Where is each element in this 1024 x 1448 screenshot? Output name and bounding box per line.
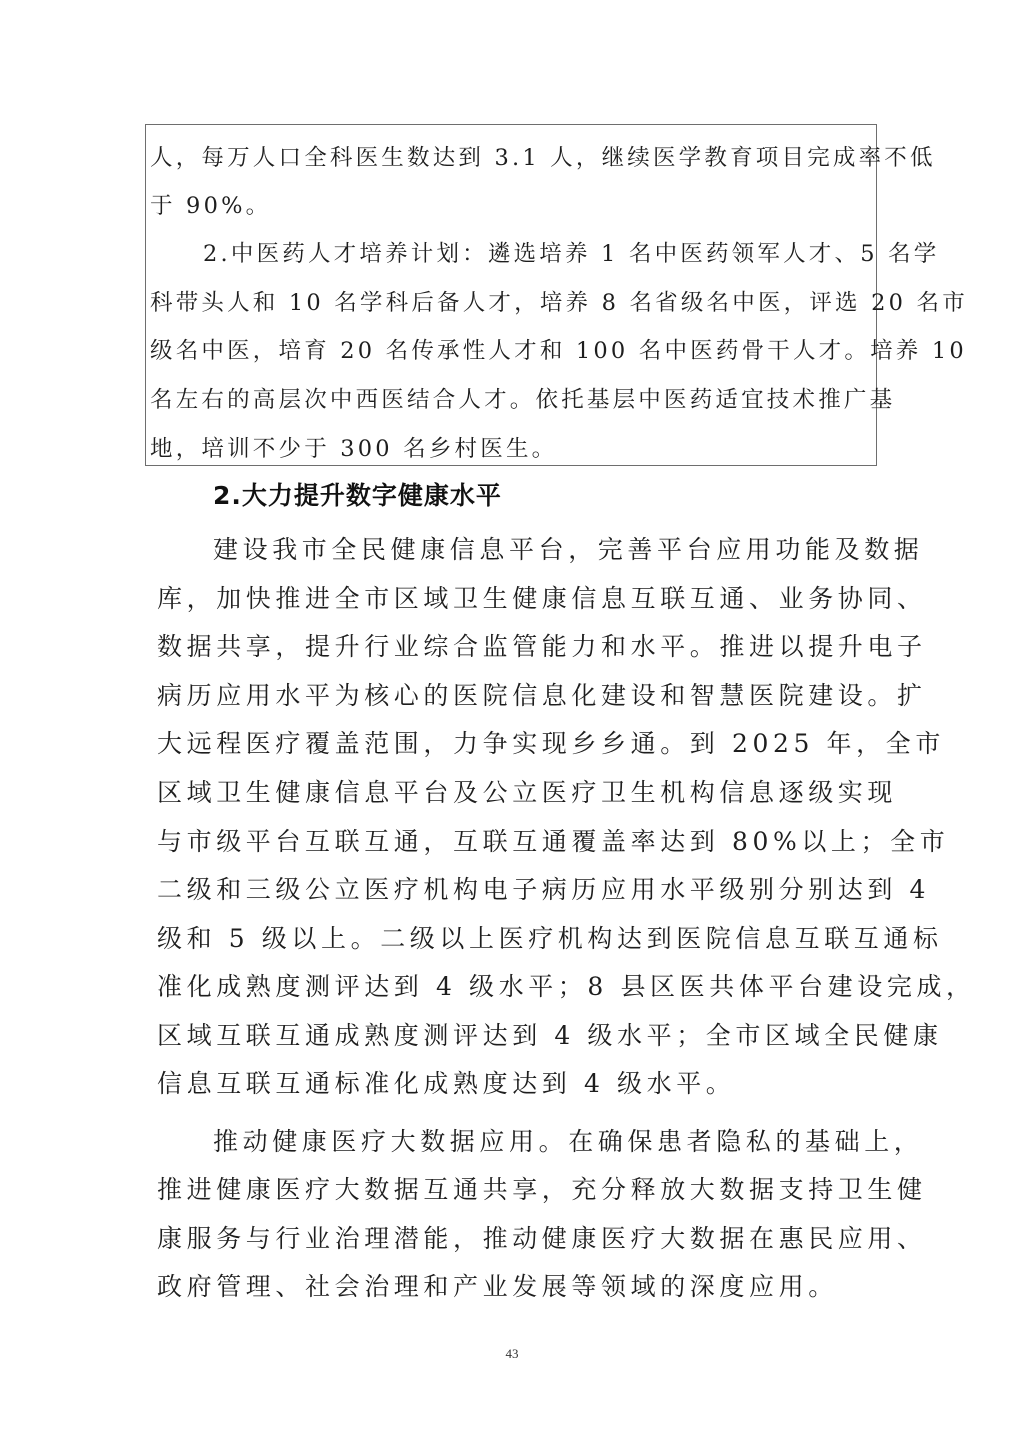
page-number: 43 bbox=[0, 1346, 1024, 1362]
box-text-line: 地，培训不少于 300 名乡村医生。 bbox=[150, 434, 875, 464]
paragraph-line: 推动健康医疗大数据应用。在确保患者隐私的基础上， bbox=[213, 1126, 869, 1158]
paragraph-line: 与市级平台互联互通，互联互通覆盖率达到 80%以上；全市 bbox=[157, 826, 869, 858]
paragraph-line: 准化成熟度测评达到 4 级水平；8 县区医共体平台建设完成， bbox=[157, 971, 869, 1003]
paragraph-line: 病历应用水平为核心的医院信息化建设和智慧医院建设。扩 bbox=[157, 680, 869, 712]
document-page: 人，每万人口全科医生数达到 3.1 人，继续医学教育项目完成率不低 于 90%。… bbox=[0, 0, 1024, 1448]
paragraph-line: 二级和三级公立医疗机构电子病历应用水平级别分别达到 4 bbox=[157, 874, 869, 906]
paragraph-line: 信息互联互通标准化成熟度达到 4 级水平。 bbox=[157, 1068, 869, 1100]
paragraph-line: 大远程医疗覆盖范围，力争实现乡乡通。到 2025 年，全市 bbox=[157, 728, 869, 760]
paragraph-line: 推进健康医疗大数据互通共享，充分释放大数据支持卫生健 bbox=[157, 1174, 869, 1206]
paragraph-line: 数据共享，提升行业综合监管能力和水平。推进以提升电子 bbox=[157, 631, 869, 663]
box-text-line: 人，每万人口全科医生数达到 3.1 人，继续医学教育项目完成率不低 bbox=[150, 143, 875, 173]
paragraph-line: 政府管理、社会治理和产业发展等领域的深度应用。 bbox=[157, 1271, 869, 1303]
paragraph-line: 区域卫生健康信息平台及公立医疗卫生机构信息逐级实现 bbox=[157, 777, 869, 809]
paragraph-line: 区域互联互通成熟度测评达到 4 级水平；全市区域全民健康 bbox=[157, 1020, 869, 1052]
box-text-line: 级名中医，培育 20 名传承性人才和 100 名中医药骨干人才。培养 10 bbox=[150, 336, 875, 366]
box-text-line: 2.中医药人才培养计划：遴选培养 1 名中医药领军人才、5 名学 bbox=[203, 239, 875, 269]
box-text-line: 名左右的高层次中西医结合人才。依托基层中医药适宜技术推广基 bbox=[150, 385, 875, 415]
paragraph-line: 库，加快推进全市区域卫生健康信息互联互通、业务协同、 bbox=[157, 583, 869, 615]
section-heading: 2.大力提升数字健康水平 bbox=[213, 480, 502, 512]
paragraph-line: 康服务与行业治理潜能，推动健康医疗大数据在惠民应用、 bbox=[157, 1223, 869, 1255]
paragraph-line: 建设我市全民健康信息平台，完善平台应用功能及数据 bbox=[213, 534, 869, 566]
box-text-line: 于 90%。 bbox=[150, 191, 875, 221]
box-text-line: 科带头人和 10 名学科后备人才，培养 8 名省级名中医，评选 20 名市 bbox=[150, 288, 875, 318]
paragraph-line: 级和 5 级以上。二级以上医疗机构达到医院信息互联互通标 bbox=[157, 923, 869, 955]
